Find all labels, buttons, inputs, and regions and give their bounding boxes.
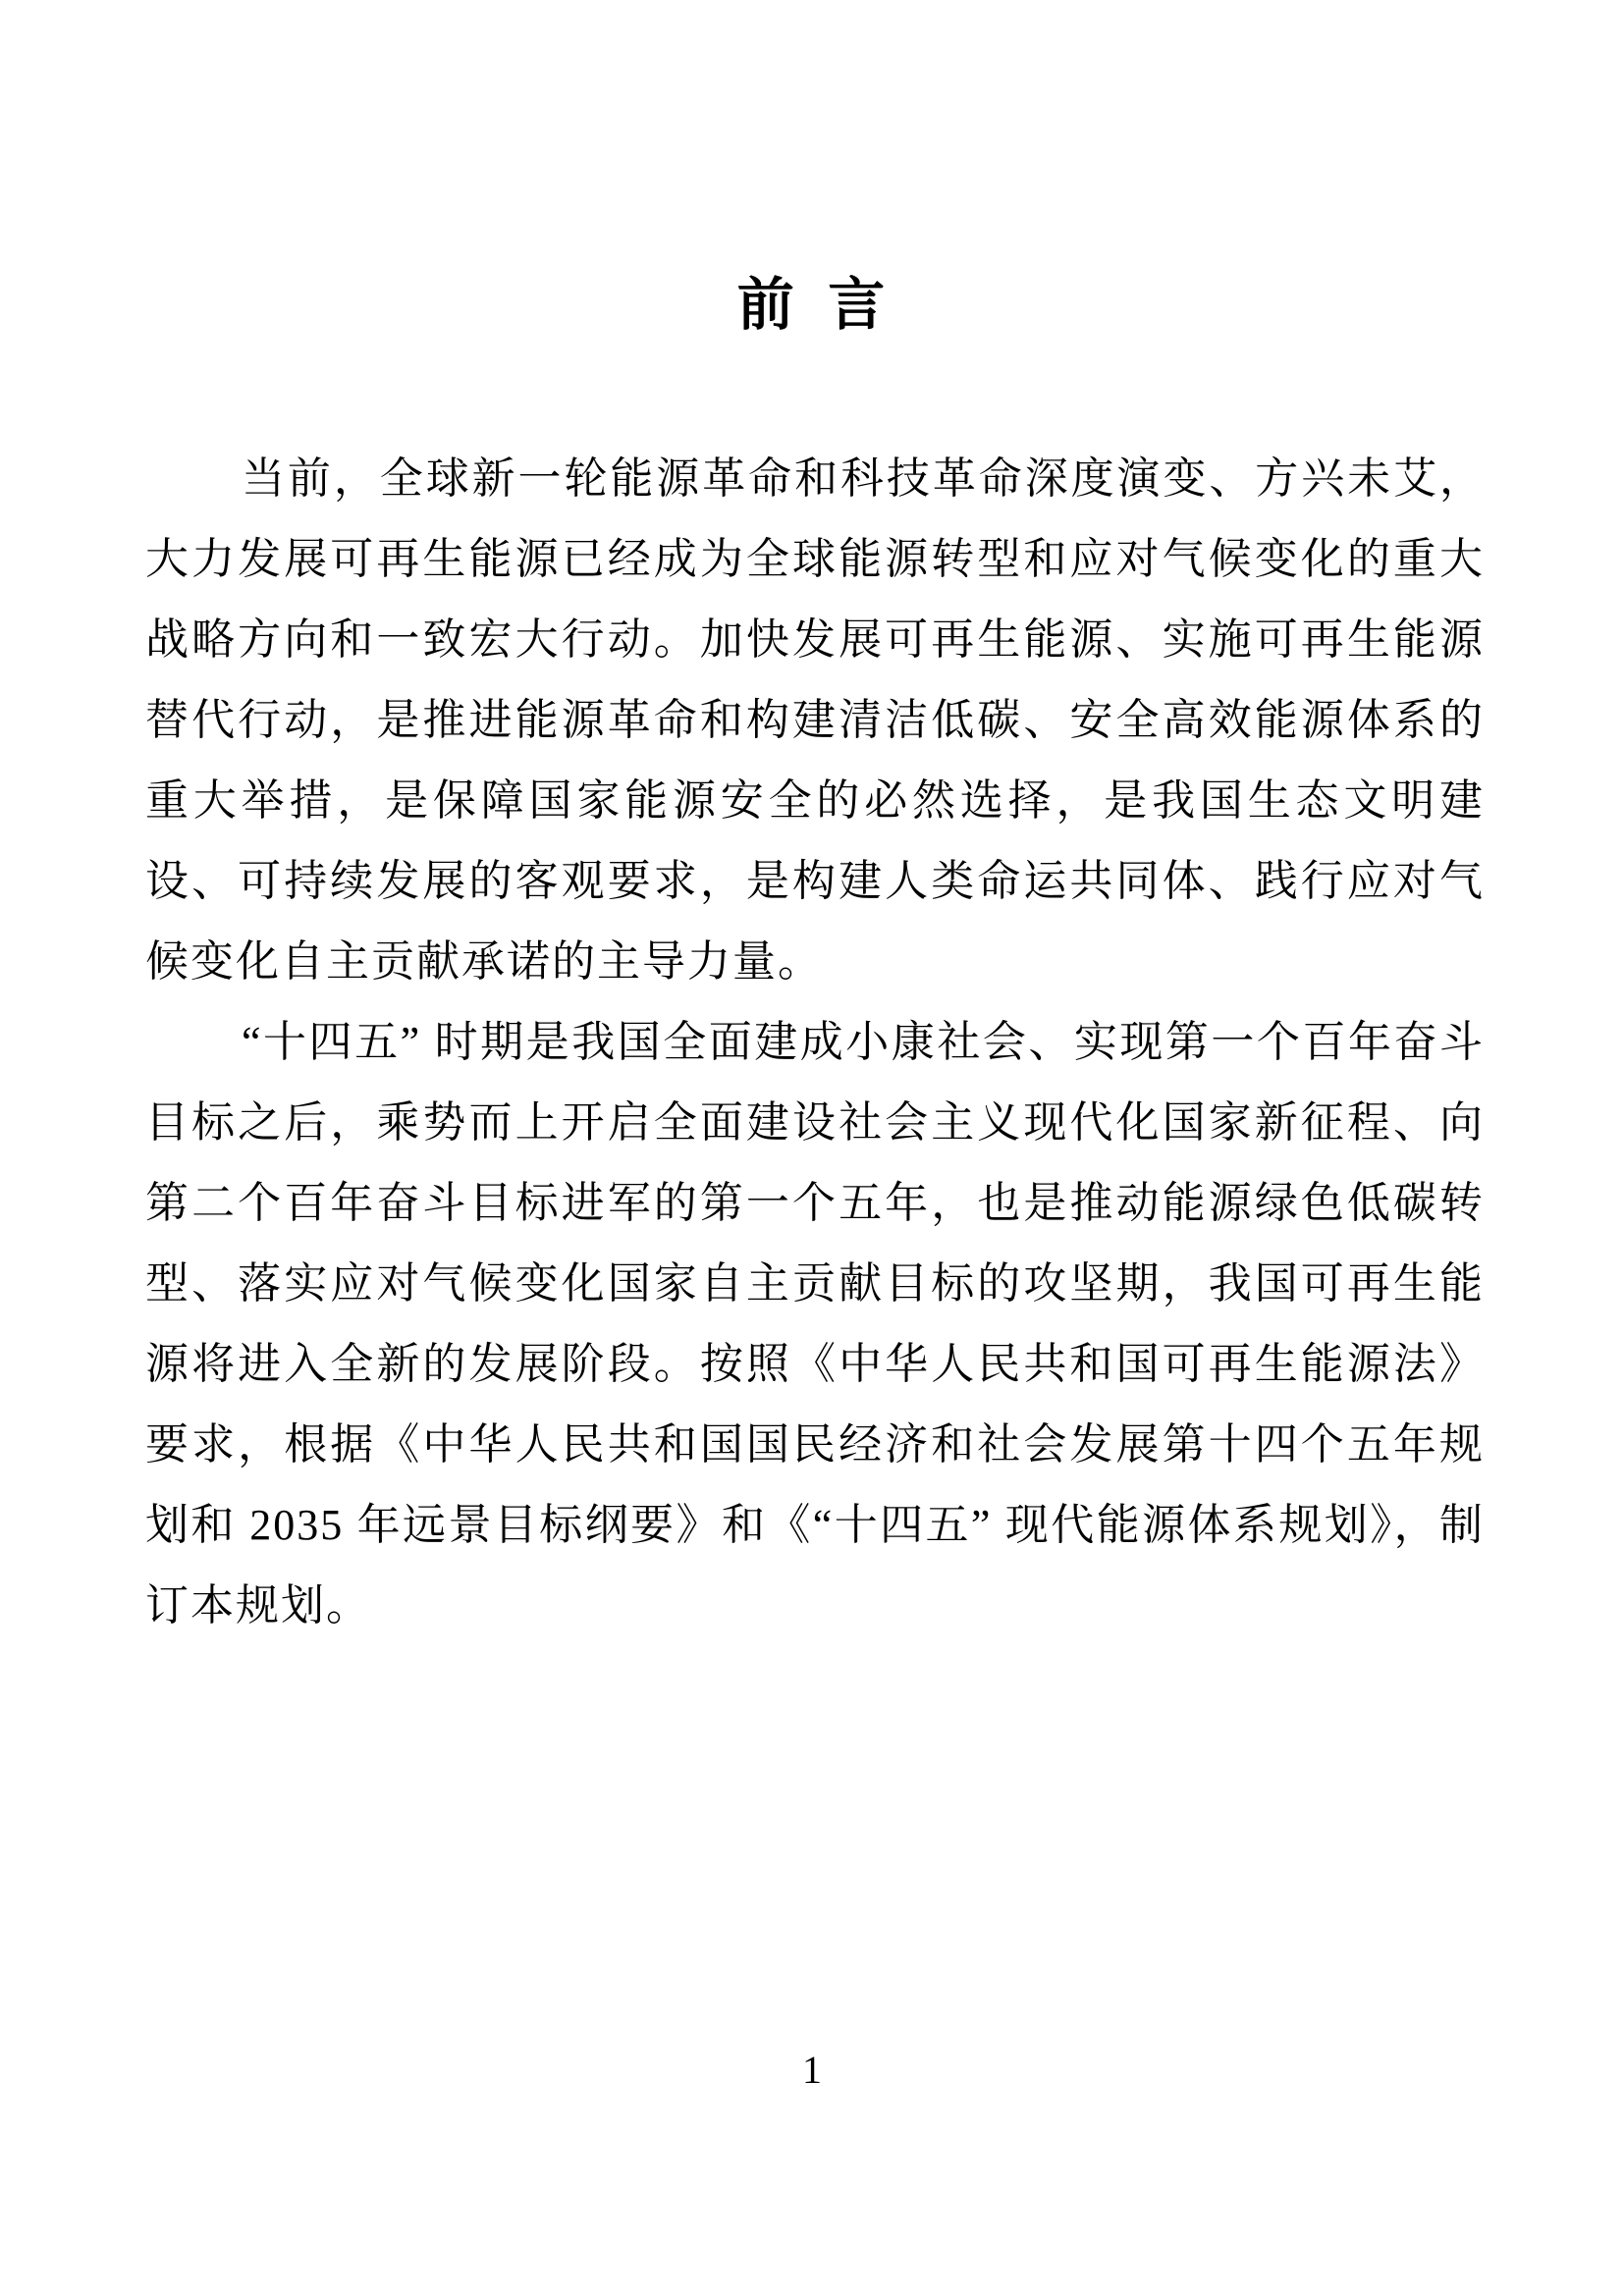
page-number: 1: [0, 2048, 1624, 2093]
document-body: 当前，全球新一轮能源革命和科技革命深度演变、方兴未艾，大力发展可再生能源已经成为…: [145, 439, 1485, 1646]
body-paragraph: “十四五” 时期是我国全面建成小康社会、实现第一个百年奋斗目标之后，乘势而上开启…: [145, 1002, 1485, 1646]
document-page: 前 言 当前，全球新一轮能源革命和科技革命深度演变、方兴未艾，大力发展可再生能源…: [0, 0, 1624, 2296]
page-title: 前 言: [0, 273, 1624, 338]
body-paragraph: 当前，全球新一轮能源革命和科技革命深度演变、方兴未艾，大力发展可再生能源已经成为…: [145, 439, 1485, 1002]
